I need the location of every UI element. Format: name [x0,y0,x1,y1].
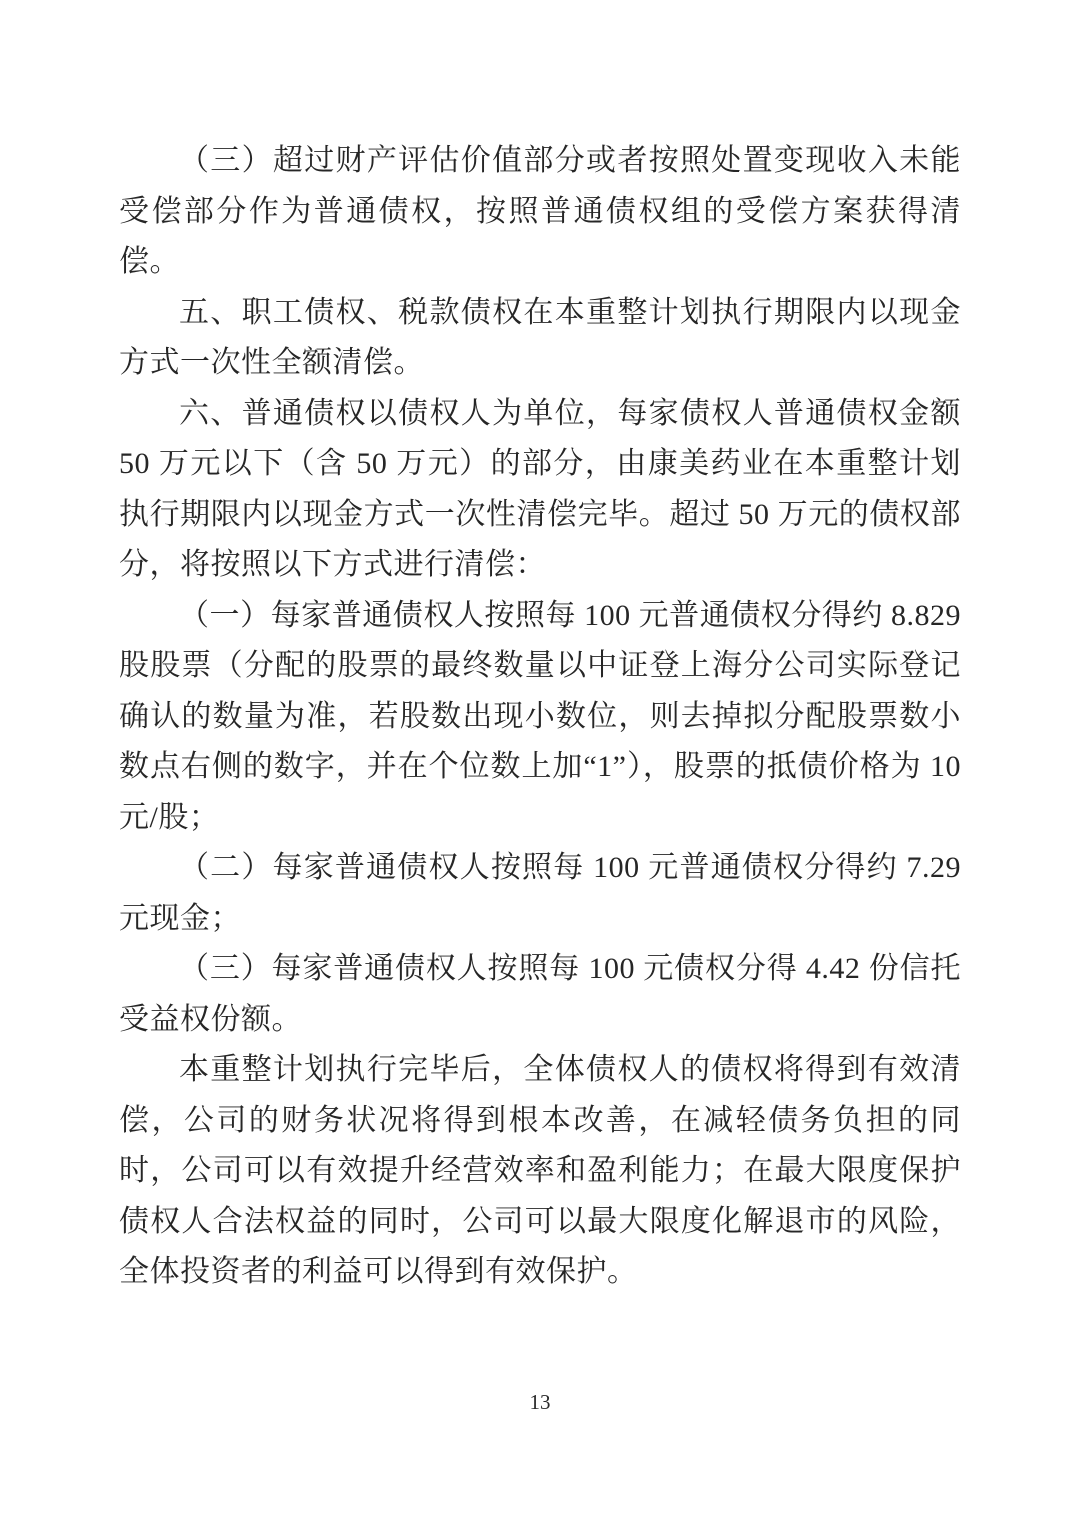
document-page: （三）超过财产评估价值部分或者按照处置变现收入未能受偿部分作为普通债权，按照普通… [0,0,1080,1527]
paragraph-sub-item-three: （三）每家普通债权人按照每 100 元债权分得 4.42 份信托受益权份额。 [119,944,961,1045]
paragraph-clause-five: 五、职工债权、税款债权在本重整计划执行期限内以现金方式一次性全额清偿。 [119,288,961,389]
paragraph-sub-item-two: （二）每家普通债权人按照每 100 元普通债权分得约 7.29 元现金； [119,843,961,944]
paragraph-sub-item-one: （一）每家普通债权人按照每 100 元普通债权分得约 8.829 股股票（分配的… [119,591,961,844]
paragraph-item-three-secured: （三）超过财产评估价值部分或者按照处置变现收入未能受偿部分作为普通债权，按照普通… [119,136,961,288]
paragraph-closing: 本重整计划执行完毕后，全体债权人的债权将得到有效清偿，公司的财务状况将得到根本改… [119,1045,961,1298]
page-number: 13 [0,1390,1080,1415]
document-body: （三）超过财产评估价值部分或者按照处置变现收入未能受偿部分作为普通债权，按照普通… [119,136,961,1298]
paragraph-clause-six: 六、普通债权以债权人为单位，每家债权人普通债权金额 50 万元以下（含 50 万… [119,389,961,591]
